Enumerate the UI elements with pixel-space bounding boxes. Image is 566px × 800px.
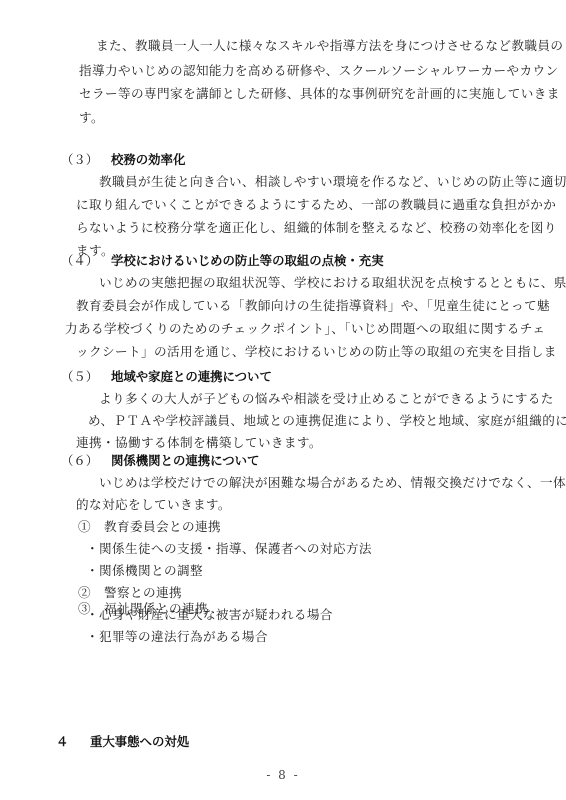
paragraph-line: より多くの大人が子どもの悩みや相談を受け止めることができるようにするた <box>99 390 554 407</box>
section-number: （４） <box>61 252 111 269</box>
item-marker: ② <box>78 585 91 600</box>
paragraph-line: に取り組んでいくことができるようにするため、一部の教職員に過重な負担がかか <box>76 196 556 213</box>
paragraph-line: いじめは学校だけでの解決が困難な場合があるため、情報交換だけでなく、一体 <box>99 474 566 491</box>
list-item-heading: ② 警察との連携 <box>78 584 182 601</box>
section-title: 学校におけるいじめの防止等の取組の点検・充実 <box>111 253 384 268</box>
paragraph-line: また、教職員一人一人に様々なスキルや指導方法を身につけさせるなど教職員の <box>96 37 563 54</box>
paragraph-line: ックシート」の活用を通じ、学校におけるいじめの防止等の取組の充実を目指しま <box>76 343 557 360</box>
section-heading: （６）関係機関との連携について <box>61 452 259 469</box>
page-number: - 8 - <box>0 768 566 782</box>
document-page: また、教職員一人一人に様々なスキルや指導方法を身につけさせるなど教職員の 指導力… <box>0 0 566 800</box>
paragraph-line: 力ある学校づくりのためのチェックポイント」、「いじめ問題への取組に関するチェ <box>65 320 545 337</box>
paragraph-line: 指導力やいじめの認知能力を高める研修や、スクールソーシャルワーカーやカウン <box>79 62 559 79</box>
paragraph-line: 教職員が生徒と向き合い、相談しやすい環境を作るなど、いじめの防止等に適切 <box>99 173 566 190</box>
paragraph-line: め、ＰＴＡや学校評議員、地域との連携促進により、学校と地域、家庭が組織的に <box>88 412 566 429</box>
chapter-number: ４ <box>56 733 90 750</box>
bullet-item: ・関係機関との調整 <box>86 562 203 579</box>
list-item-heading: ① 教育委員会との連携 <box>78 518 221 535</box>
section-heading: （４）学校におけるいじめの防止等の取組の点検・充実 <box>61 252 384 269</box>
item-marker: ③ <box>78 601 91 616</box>
section-heading: （３）校務の効率化 <box>61 151 185 168</box>
paragraph-line: らないように校務分掌を適正化し、組織的体制を整えるなど、校務の効率化を図り <box>76 219 557 236</box>
section-heading: （５）地域や家庭との連携について <box>61 368 272 385</box>
section-number: （６） <box>61 452 111 469</box>
paragraph-line: セラー等の専門家を講師とした研修、具体的な事例研究を計画的に実施していきま <box>79 85 560 102</box>
bullet-item: ・犯罪等の違法行為がある場合 <box>86 628 268 645</box>
paragraph-line: す。 <box>79 109 104 126</box>
bullet-item: ・関係生徒への支援・指導、保護者への対応方法 <box>86 540 372 557</box>
item-label: 福祉関係との連携 <box>104 601 208 616</box>
section-number: （３） <box>61 151 111 168</box>
chapter-heading: ４重大事態への対処 <box>56 733 189 750</box>
list-item-heading: ③ 福祉関係との連携 <box>78 600 208 617</box>
item-label: 警察との連携 <box>104 585 182 600</box>
section-title: 地域や家庭との連携について <box>111 369 272 384</box>
section-title: 関係機関との連携について <box>111 453 259 468</box>
paragraph-line: 教育委員会が作成している「教師向けの生徒指導資料」や、「児童生徒にとって魅 <box>76 297 550 314</box>
item-label: 教育委員会との連携 <box>104 519 221 534</box>
paragraph-line: いじめの実態把握の取組状況等、学校における取組状況を点検するとともに、県 <box>99 274 566 291</box>
chapter-title: 重大事態への対処 <box>90 734 189 749</box>
paragraph-line: 連携・協働する体制を構築していきます。 <box>76 434 322 451</box>
section-title: 校務の効率化 <box>111 152 185 167</box>
item-marker: ① <box>78 519 91 534</box>
paragraph-line: 的な対応をしていきます。 <box>76 496 231 513</box>
section-number: （５） <box>61 368 111 385</box>
